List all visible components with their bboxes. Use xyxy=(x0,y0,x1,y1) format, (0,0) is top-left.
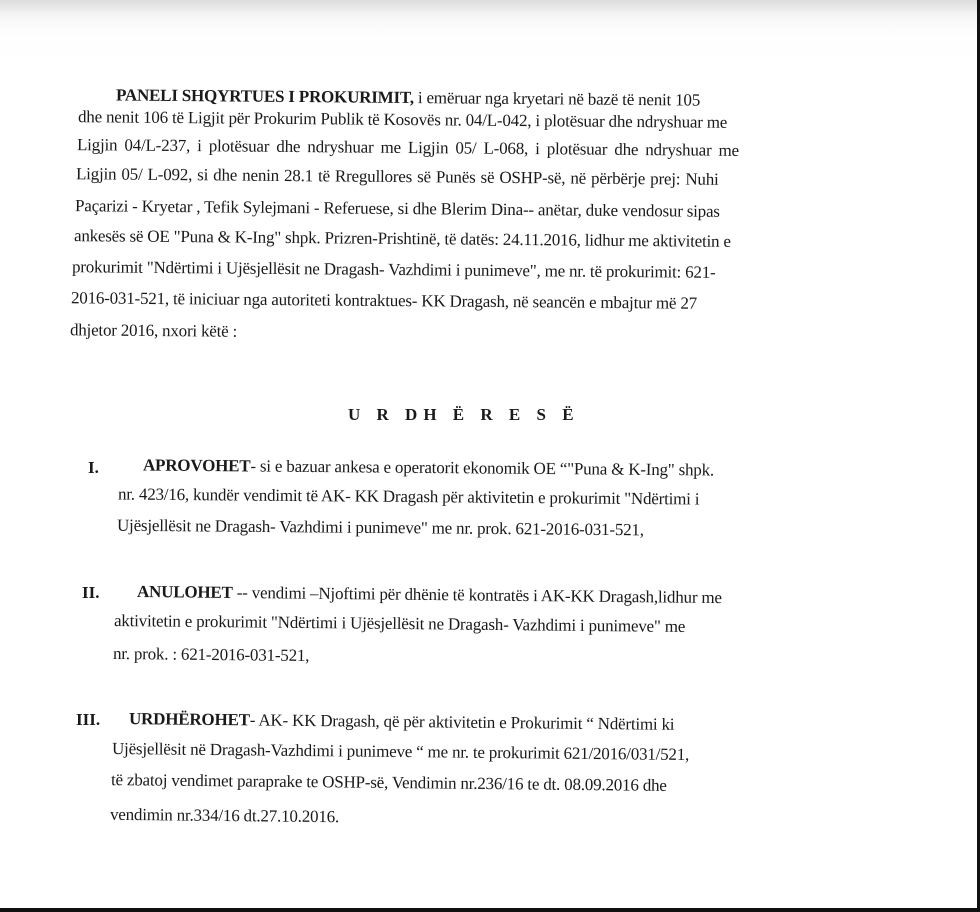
item-2-line-1: ANULOHET -- vendimi –Njoftimi për dhënie… xyxy=(137,582,722,608)
item-2-line-3: nr. prok. : 621-2016-031-521, xyxy=(113,644,309,666)
item-2-keyword: ANULOHET xyxy=(137,582,233,602)
intro-line-6: ankesës së OE "Puna & K-Ing" shpk. Prizr… xyxy=(74,226,731,252)
item-3-keyword: URDHËROHET xyxy=(129,709,250,729)
item-3-line-3: të zbatoj vendimet paraprake te OSHP-së,… xyxy=(111,770,667,796)
item-1-line-3: Ujësjellësit ne Dragash- Vazhdimi i puni… xyxy=(117,516,644,541)
intro-line-8: 2016-031-521, të iniciuar nga autoriteti… xyxy=(71,288,697,313)
item-3-line-4: vendimin nr.334/16 dt.27.10.2016. xyxy=(110,805,339,827)
intro-line-1: PANELI SHQYRTUES I PROKURIMIT, i emëruar… xyxy=(116,85,700,110)
item-2-numeral: II. xyxy=(82,583,99,603)
item-1-line-2: nr. 423/16, kundër vendimit të AK- KK Dr… xyxy=(118,484,699,509)
intro-line-9: dhjetor 2016, nxori këtë : xyxy=(70,320,237,341)
intro-line-7: prokurimit "Ndërtimi i Ujësjellësit ne D… xyxy=(72,257,716,283)
item-3-line-2: Ujësjellësit në Dragash-Vazhdimi i punim… xyxy=(112,739,689,765)
item-2-line-2: aktivitetin e prokurimit "Ndërtimi i Ujë… xyxy=(114,611,685,637)
item-3-numeral: III. xyxy=(76,710,100,730)
intro-line-2: dhe nenit 106 të Ligjit për Prokurim Pub… xyxy=(78,107,727,133)
item-1-line-1: APROVOHET- si e bazuar ankesa e operator… xyxy=(143,456,714,481)
scan-border-bottom xyxy=(0,908,980,912)
panel-title: PANELI SHQYRTUES I PROKURIMIT, xyxy=(116,85,414,107)
item-1-keyword: APROVOHET xyxy=(143,456,251,476)
item-3-line-1: URDHËROHET- AK- KK Dragash, që për aktiv… xyxy=(129,709,675,735)
intro-line-3: Ligjin 04/L-237, i plotësuar dhe ndryshu… xyxy=(77,135,739,161)
document-page: PANELI SHQYRTUES I PROKURIMIT, i emëruar… xyxy=(0,0,977,908)
item-1-numeral: I. xyxy=(88,458,99,478)
intro-line-4: Ligjin 05/ L-092, si dhe nenin 28.1 të R… xyxy=(76,164,719,190)
decision-heading: U R DH Ë R E S Ë xyxy=(348,405,580,425)
intro-line-5: Paçarizi - Kryetar , Tefik Sylejmani - R… xyxy=(75,196,720,222)
